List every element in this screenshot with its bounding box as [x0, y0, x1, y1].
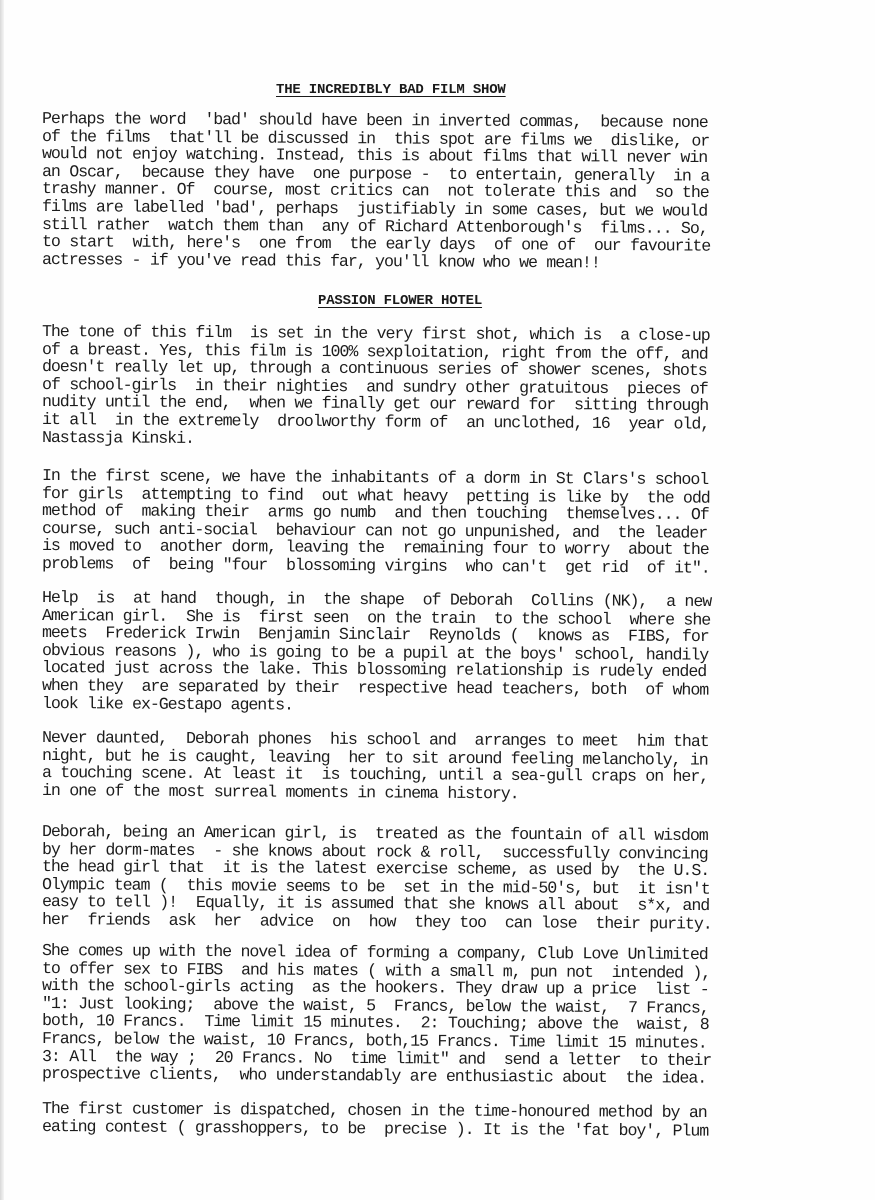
paragraph-american-girl: Deborah, being an American girl, is trea… — [42, 823, 832, 929]
film-title: PASSION FLOWER HOTEL — [318, 293, 482, 309]
paragraph-tone: The tone of this film is set in the very… — [42, 323, 832, 446]
paragraph-never-daunted: Never daunted, Deborah phones his school… — [42, 729, 832, 799]
article-title: THE INCREDIBLY BAD FILM SHOW — [276, 82, 506, 98]
paragraph-help-at-hand: Help is at hand though, in the shape of … — [42, 589, 832, 712]
paragraph-first-customer: The first customer is dispatched, chosen… — [42, 1100, 832, 1135]
paragraph-first-scene: In the first scene, we have the inhabita… — [42, 467, 832, 573]
paragraph-intro: Perhaps the word 'bad' should have been … — [42, 110, 832, 268]
text-line: actresses - if you've read this far, you… — [42, 251, 832, 273]
paragraph-club-love: She comes up with the novel idea of form… — [42, 942, 832, 1083]
scanned-page: THE INCREDIBLY BAD FILM SHOW Perhaps the… — [0, 0, 875, 1200]
page-edge-shadow — [0, 0, 4, 1200]
